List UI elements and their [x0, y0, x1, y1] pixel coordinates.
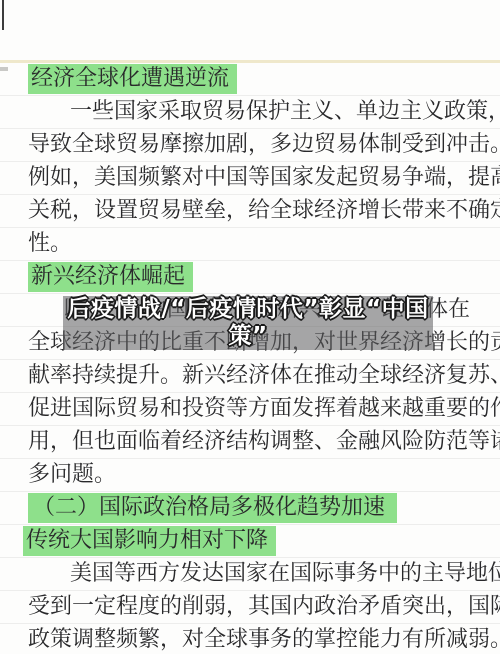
heading-highlight: 新兴经济体崛起 — [28, 262, 193, 292]
notes-page: 经济全球化遭遇逆流 一些国家采取贸易保护主义、单边主义政策， 导致全球贸易摩擦加… — [0, 0, 500, 654]
subtitle-text: 后疫情战/“后疫情时代”彰显“中国策” — [63, 296, 433, 350]
section-heading-line: （二）国际政治格局多极化趋势加速 — [0, 492, 500, 525]
text-line: 美国等西方发达国家在国际事务中的主导地位 — [0, 558, 500, 591]
section-heading-line: 经济全球化遭遇逆流 — [0, 63, 500, 96]
note-lines: 经济全球化遭遇逆流 一些国家采取贸易保护主义、单边主义政策， 导致全球贸易摩擦加… — [0, 63, 500, 654]
text-line: 导致全球贸易摩擦加剧，多边贸易体制受到冲击。 — [0, 129, 500, 162]
heading-highlight: 传统大国影响力相对下降 — [23, 526, 276, 556]
text-line: 受到一定程度的削弱，其国内政治矛盾突出，国际 — [0, 591, 500, 624]
text-line: 一些国家采取贸易保护主义、单边主义政策， — [0, 96, 500, 129]
text-line: 促进国际贸易和投资等方面发挥着越来越重要的作 — [0, 393, 500, 426]
top-blank-band — [0, 0, 500, 63]
text-line: 性。 — [0, 228, 500, 261]
section-heading-line: 传统大国影响力相对下降 — [0, 525, 500, 558]
subtitle-overlay: 后疫情战/“后疫情时代”彰显“中国策” — [63, 296, 433, 350]
text-line: 政策调整频繁，对全球事务的掌控能力有所减弱。 — [0, 624, 500, 654]
text-line: 献率持续提升。新兴经济体在推动全球经济复苏、 — [0, 360, 500, 393]
page-edge-mark-vertical — [2, 0, 4, 30]
heading-highlight: 经济全球化遭遇逆流 — [28, 64, 237, 94]
text-line: 用，但也面临着经济结构调整、金融风险防范等诸 — [0, 426, 500, 459]
text-line: 例如，美国频繁对中国等国家发起贸易争端，提高 — [0, 162, 500, 195]
text-line: 关税，设置贸易壁垒，给全球经济增长带来不确定 — [0, 195, 500, 228]
heading-highlight: （二）国际政治格局多极化趋势加速 — [28, 493, 397, 523]
section-heading-line: 新兴经济体崛起 — [0, 261, 500, 294]
text-line: 多问题。 — [0, 459, 500, 492]
